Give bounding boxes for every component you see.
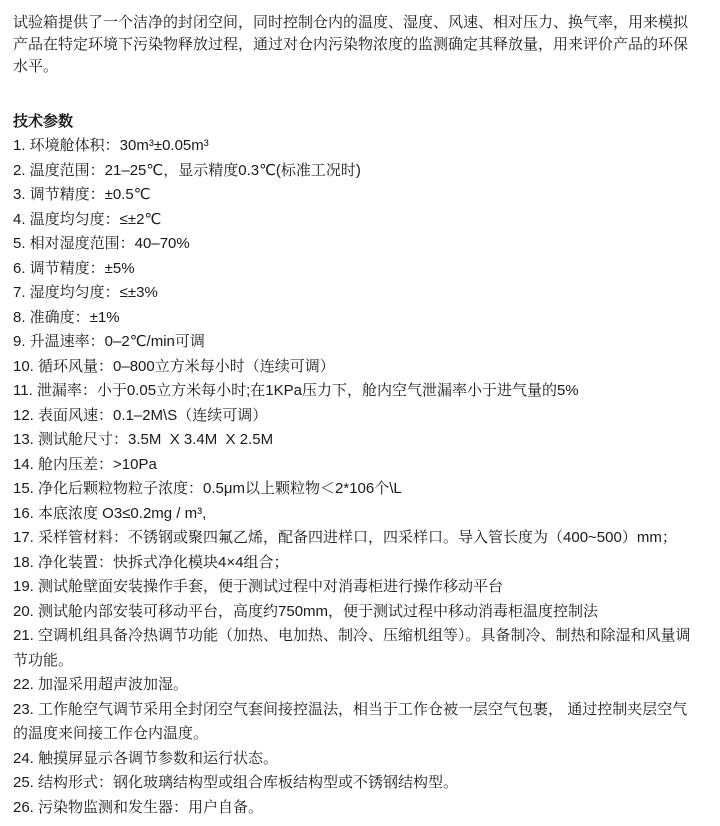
param-item-7: 7. 湿度均匀度：≤±3% (13, 281, 700, 306)
param-item-26: 26. 污染物监测和发生器：用户自备。 (13, 796, 700, 821)
param-item-6: 6. 调节精度：±5% (13, 257, 700, 282)
param-item-9: 9. 升温速率：0–2℃/min可调 (13, 330, 700, 355)
param-item-21: 21. 空调机组具备冷热调节功能（加热、电加热、制冷、压缩机组等）。具备制冷、制… (13, 624, 700, 673)
param-item-12: 12. 表面风速：0.1–2M\S（连续可调） (13, 404, 700, 429)
param-item-20: 20. 测试舱内部安装可移动平台，高度约750mm，便于测试过程中移动消毒柜温度… (13, 600, 700, 625)
param-item-17: 17. 采样管材料：不锈钢或聚四氟乙烯，配备四进样口，四采样口。导入管长度为（4… (13, 526, 700, 551)
param-item-25: 25. 结构形式：钢化玻璃结构型或组合库板结构型或不锈钢结构型。 (13, 771, 700, 796)
param-item-11: 11. 泄漏率：小于0.05立方米每小时;在1KPa压力下，舱内空气泄漏率小于进… (13, 379, 700, 404)
param-item-16: 16. 本底浓度 O3≤0.2mg / m³, (13, 502, 700, 527)
param-item-19: 19. 测试舱壁面安装操作手套，便于测试过程中对消毒柜进行操作移动平台 (13, 575, 700, 600)
param-item-3: 3. 调节精度：±0.5℃ (13, 183, 700, 208)
param-item-13: 13. 测试舱尺寸：3.5M X 3.4M X 2.5M (13, 428, 700, 453)
param-item-4: 4. 温度均匀度：≤±2℃ (13, 208, 700, 233)
param-item-18: 18. 净化装置：快拆式净化模块4×4组合； (13, 551, 700, 576)
param-list: 1. 环境舱体积：30m³±0.05m³ 2. 温度范围：21–25℃，显示精度… (13, 134, 700, 820)
param-item-22: 22. 加湿采用超声波加湿。 (13, 673, 700, 698)
section-heading: 技术参数 (13, 109, 700, 134)
param-item-15: 15. 净化后颗粒物粒子浓度：0.5μm以上颗粒物＜2*106个\L (13, 477, 700, 502)
param-item-14: 14. 舱内压差：>10Pa (13, 453, 700, 478)
param-item-1: 1. 环境舱体积：30m³±0.05m³ (13, 134, 700, 159)
param-item-8: 8. 准确度：±1% (13, 306, 700, 331)
param-item-23: 23. 工作舱空气调节采用全封闭空气套间接控温法，相当于工作仓被一层空气包裹， … (13, 698, 700, 747)
param-item-24: 24. 触摸屏显示各调节参数和运行状态。 (13, 747, 700, 772)
param-item-10: 10. 循环风量：0–800立方米每小时（连续可调） (13, 355, 700, 380)
param-item-5: 5. 相对湿度范围：40–70% (13, 232, 700, 257)
param-item-2: 2. 温度范围：21–25℃，显示精度0.3℃(标准工况时) (13, 159, 700, 184)
spec-document: 试验箱提供了一个洁净的封闭空间，同时控制仓内的温度、湿度、风速、相对压力、换气率… (0, 0, 720, 826)
intro-paragraph: 试验箱提供了一个洁净的封闭空间，同时控制仓内的温度、湿度、风速、相对压力、换气率… (13, 12, 700, 78)
